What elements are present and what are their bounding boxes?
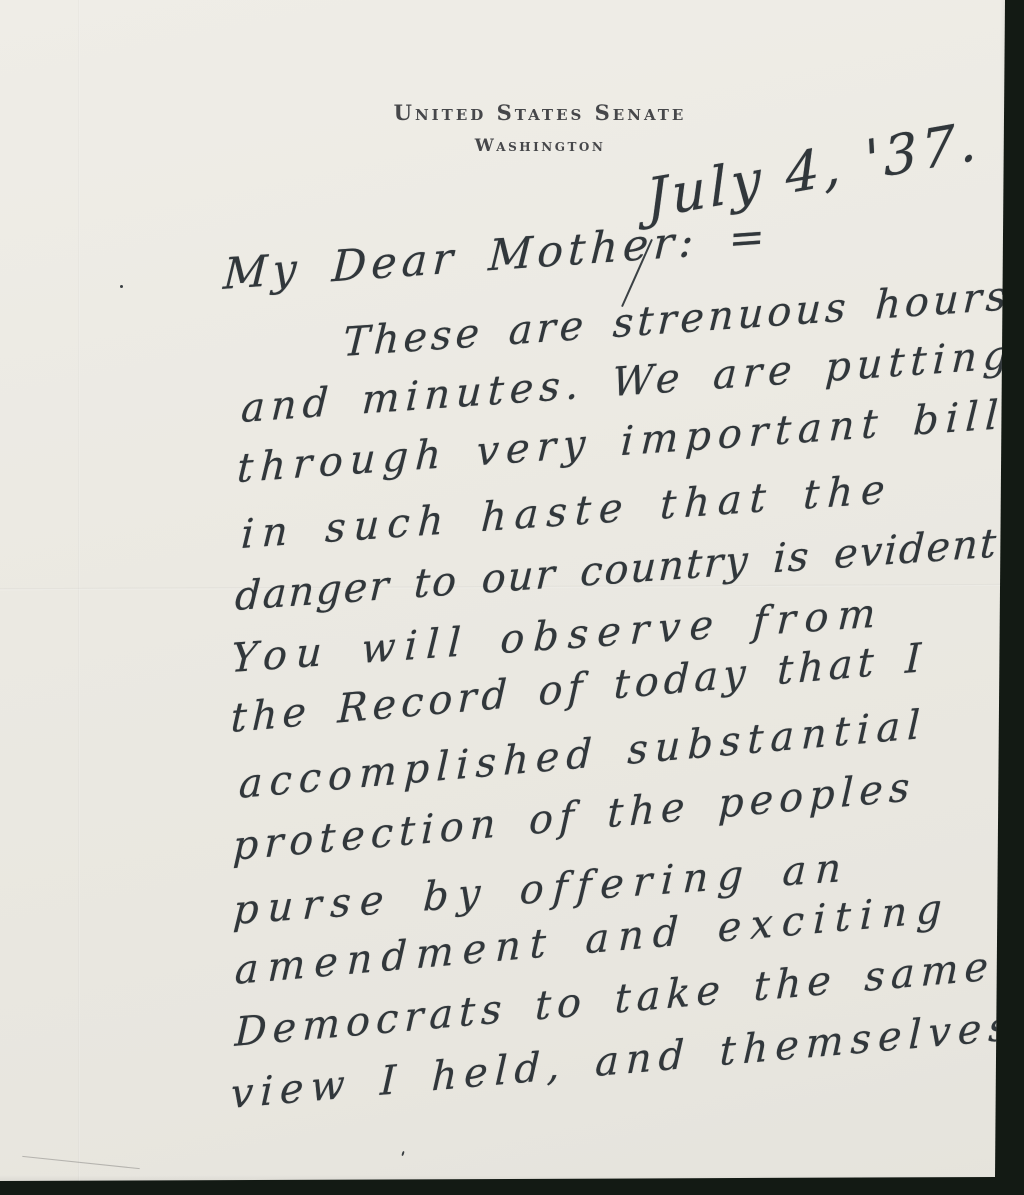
- letterhead-senate-line: United States Senate: [394, 100, 687, 125]
- corner-crease: [22, 1156, 139, 1169]
- ink-speck: [401, 1151, 404, 1156]
- paper-edge-shadow-bottom: [0, 1175, 1024, 1185]
- letterhead: United States Senate Washington: [394, 100, 687, 156]
- paper-edge-shadow-right: [1000, 0, 1012, 1195]
- salutation-line: My Dear Mother: =: [222, 211, 771, 300]
- ink-speck: [120, 285, 123, 288]
- handwritten-date: July 4, '37.: [645, 109, 982, 231]
- scanned-letter-page: United States Senate Washington July 4, …: [0, 0, 1024, 1195]
- fold-crease-vertical: [78, 0, 80, 1181]
- letter-paper: United States Senate Washington July 4, …: [0, 0, 1024, 1195]
- letterhead-washington-line: Washington: [394, 136, 687, 156]
